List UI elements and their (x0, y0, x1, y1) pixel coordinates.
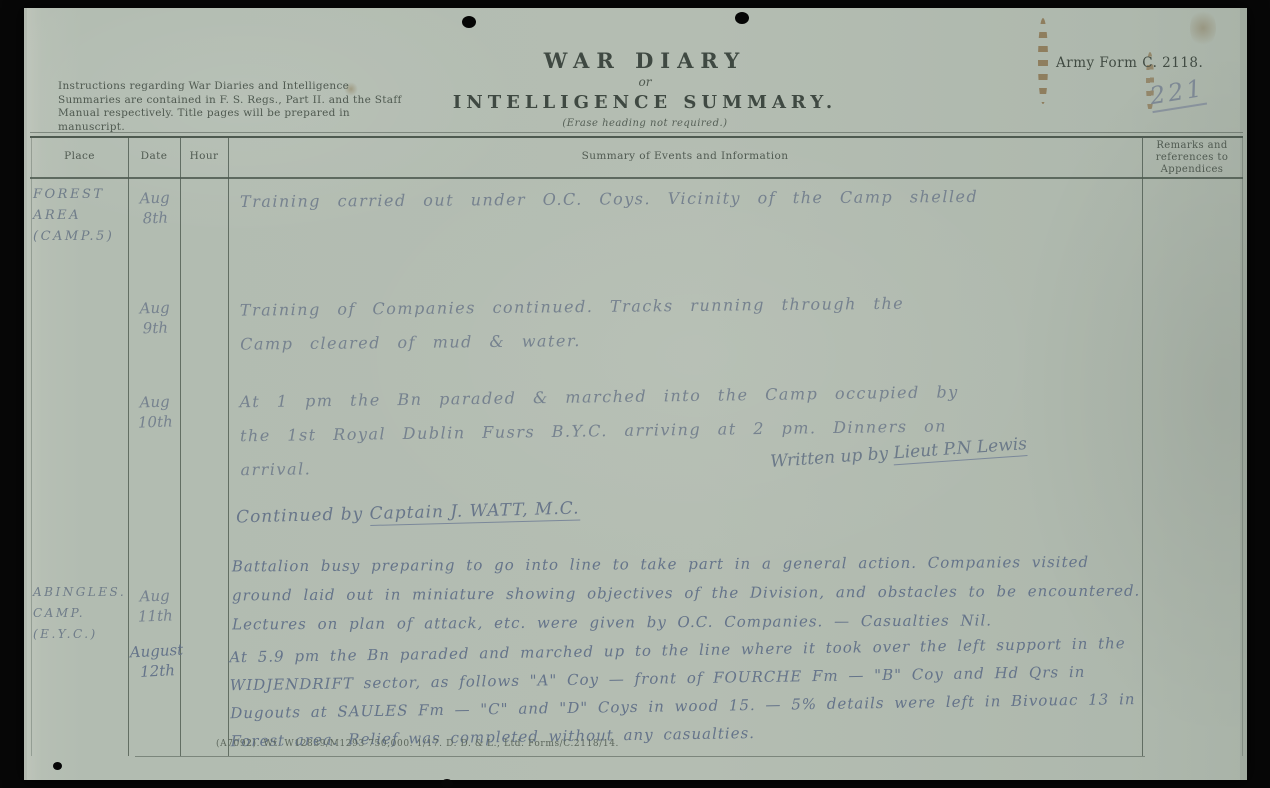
punch-hole (53, 762, 62, 770)
entry-place: FOREST AREA (CAMP.5) (33, 184, 133, 247)
punch-hole (735, 12, 749, 24)
instructions-note: Instructions regarding War Diaries and I… (58, 80, 403, 134)
column-divider (31, 136, 32, 756)
stain (1190, 8, 1216, 48)
column-header-remarks: Remarks and references to Appendices (1142, 140, 1242, 176)
entry-summary: At 5.9 pm the Bn paraded and marched up … (229, 629, 1159, 756)
entry-date: August 12th (125, 639, 189, 682)
paper-edge (24, 8, 27, 780)
punch-hole (441, 779, 453, 788)
column-header-hour: Hour (180, 150, 228, 162)
table-rule (135, 756, 1145, 757)
scanned-war-diary-page: Instructions regarding War Diaries and I… (0, 0, 1270, 788)
form-title-note: (Erase heading not required.) (430, 118, 860, 129)
column-header-place: Place (31, 150, 128, 162)
column-header-summary: Summary of Events and Information (228, 150, 1142, 162)
table-rule (30, 136, 1243, 138)
entry-summary: Battalion busy preparing to go into line… (232, 548, 1147, 640)
entry-date: Aug 10th (129, 391, 180, 433)
column-header-date: Date (128, 150, 180, 162)
column-divider (1242, 136, 1243, 756)
punch-hole (462, 16, 476, 28)
form-title-block: WAR DIARY or INTELLIGENCE SUMMARY. (Eras… (430, 48, 860, 129)
entry-date: Aug 8th (129, 187, 180, 229)
form-title-or: or (430, 75, 860, 89)
entry-summary: At 1 pm the Bn paraded & marched into th… (239, 375, 1000, 488)
army-form-number: Army Form C. 2118. (1056, 55, 1203, 71)
entry-place: ABINGLES. CAMP. (E.Y.C.) (33, 582, 133, 645)
entry-summary: Training of Companies continued. Tracks … (240, 286, 941, 361)
entry-summary: Training carried out under O.C. Coys. Vi… (240, 179, 1110, 219)
table-rule (30, 132, 1243, 133)
form-title: WAR DIARY (430, 48, 860, 73)
annotation-pre: Continued by (236, 504, 364, 527)
form-title-alt: INTELLIGENCE SUMMARY. (430, 92, 860, 113)
stain (1038, 18, 1048, 104)
entry-date: Aug 9th (129, 297, 180, 339)
printers-imprint: (A7092). Wt. W12839/M1293 750,000. 1/17.… (216, 739, 619, 749)
entry-date: Aug 11th (129, 585, 180, 627)
